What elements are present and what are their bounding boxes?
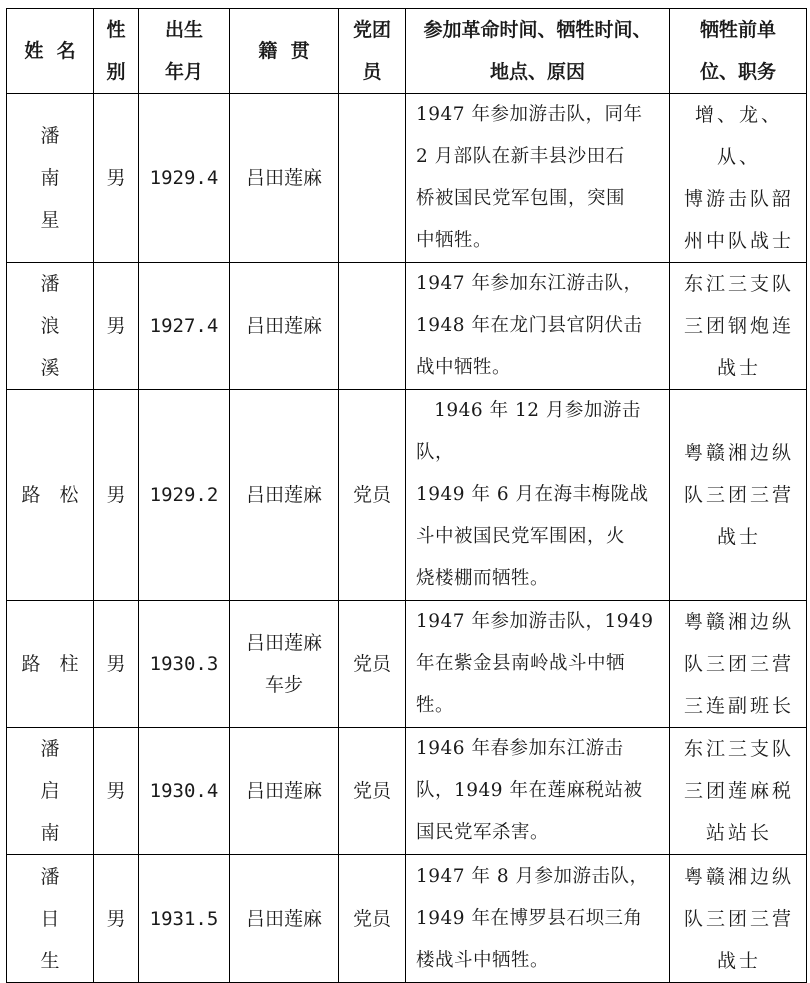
birth-value: 1930.4 — [150, 780, 219, 802]
cell-description: 1947 年参加东江游击队，1948 年在龙门县官阴伏击战中牺牲。 — [406, 263, 670, 390]
cell-birth: 1929.2 — [139, 390, 230, 601]
header-row: 姓 名 性别 出生年月 籍 贯 党团员 参加革命时间、牺牲时间、 地点、原因 牺… — [7, 9, 807, 94]
cell-sex: 男 — [94, 263, 139, 390]
description-line: 1948 年在龙门县官阴伏击 — [416, 305, 659, 347]
name-line: 生 — [7, 940, 93, 982]
birth-value: 1927.4 — [150, 315, 219, 337]
unit-line: 博游击队韶 — [680, 178, 798, 220]
cell-description: 1947 年 8 月参加游击队，1949 年在博罗县石坝三角楼战斗中牺牲。 — [406, 855, 670, 983]
name-line: 潘 — [7, 263, 93, 305]
cell-origin: 吕田莲麻 — [230, 94, 339, 263]
sex-value: 男 — [106, 780, 125, 802]
header-name: 姓 名 — [7, 9, 94, 94]
party-value: 党员 — [353, 653, 391, 675]
name-line: 南 — [7, 157, 93, 199]
unit-line: 粤赣湘边纵 — [680, 601, 798, 643]
name-line: 浪 — [7, 305, 93, 347]
birth-value: 1931.5 — [150, 908, 219, 930]
unit-line: 东江三支队 — [680, 263, 798, 305]
header-birth-label: 出生年月 — [163, 9, 205, 93]
cell-birth: 1931.5 — [139, 855, 230, 983]
cell-unit: 粤赣湘边纵队三团三营战士 — [670, 855, 807, 983]
header-description: 参加革命时间、牺牲时间、 地点、原因 — [406, 9, 670, 94]
cell-sex: 男 — [94, 855, 139, 983]
cell-sex: 男 — [94, 728, 139, 855]
header-party: 党团员 — [339, 9, 406, 94]
cell-birth: 1930.3 — [139, 601, 230, 728]
cell-origin: 吕田莲麻车步 — [230, 601, 339, 728]
description-line: 桥被国民党军包围，突围 — [416, 178, 659, 220]
header-description-line1: 参加革命时间、牺牲时间、 — [410, 9, 665, 51]
sex-value: 男 — [106, 653, 125, 675]
origin-line: 吕田莲麻 — [230, 157, 338, 199]
description-line: 2 月部队在新丰县沙田石 — [416, 136, 659, 178]
description-line: 1947 年参加游击队，同年 — [416, 94, 659, 136]
description-line: 烧楼棚而牺牲。 — [416, 558, 659, 600]
unit-line: 队三团三营 — [680, 643, 798, 685]
description-line: 国民党军杀害。 — [416, 812, 659, 854]
cell-origin: 吕田莲麻 — [230, 390, 339, 601]
description-line: 牲。 — [416, 685, 659, 727]
birth-value: 1929.4 — [150, 167, 219, 189]
name-line: 溪 — [7, 347, 93, 389]
cell-sex: 男 — [94, 601, 139, 728]
name-line: 潘 — [7, 115, 93, 157]
header-unit-line1: 牺牲前单 — [674, 9, 802, 51]
description-line: 楼战斗中牺牲。 — [416, 940, 659, 982]
unit-line: 队三团三营 — [680, 474, 798, 516]
cell-birth: 1929.4 — [139, 94, 230, 263]
table-row: 路 松 男 1929.2 吕田莲麻 党员 1946 年 12 月参加游击队，19… — [7, 390, 807, 601]
unit-line: 队三团三营 — [680, 898, 798, 940]
cell-origin: 吕田莲麻 — [230, 855, 339, 983]
cell-name: 潘日生 — [7, 855, 94, 983]
unit-line: 三团钢炮连 — [680, 305, 798, 347]
description-line: 年在紫金县南岭战斗中牺 — [416, 643, 659, 685]
cell-party: 党员 — [339, 601, 406, 728]
cell-party: 党员 — [339, 855, 406, 983]
cell-description: 1947 年参加游击队，1949年在紫金县南岭战斗中牺牲。 — [406, 601, 670, 728]
header-birth: 出生年月 — [139, 9, 230, 94]
table-row: 潘日生 男 1931.5 吕田莲麻 党员 1947 年 8 月参加游击队，194… — [7, 855, 807, 983]
origin-line: 吕田莲麻 — [230, 305, 338, 347]
description-line: 中牺牲。 — [416, 220, 659, 262]
sex-value: 男 — [106, 908, 125, 930]
party-value: 党员 — [353, 908, 391, 930]
header-unit: 牺牲前单 位、职务 — [670, 9, 807, 94]
header-sex-label: 性别 — [105, 9, 128, 93]
origin-line: 吕田莲麻 — [230, 474, 338, 516]
unit-line: 三团莲麻税 — [680, 770, 798, 812]
unit-line: 州中队战士 — [680, 220, 798, 262]
header-sex: 性别 — [94, 9, 139, 94]
cell-party: 党员 — [339, 390, 406, 601]
cell-description: 1946 年 12 月参加游击队，1949 年 6 月在海丰梅陇战斗中被国民党军… — [406, 390, 670, 601]
birth-value: 1930.3 — [150, 653, 219, 675]
martyrs-roster-table: 姓 名 性别 出生年月 籍 贯 党团员 参加革命时间、牺牲时间、 地点、原因 牺… — [6, 8, 807, 983]
origin-line: 吕田莲麻 — [230, 898, 338, 940]
cell-name: 路 松 — [7, 390, 94, 601]
unit-line: 粤赣湘边纵 — [680, 432, 798, 474]
sex-value: 男 — [106, 315, 125, 337]
unit-line: 粤赣湘边纵 — [680, 856, 798, 898]
cell-unit: 粤赣湘边纵队三团三营战士 — [670, 390, 807, 601]
cell-name: 潘浪溪 — [7, 263, 94, 390]
description-line: 1949 年在博罗县石坝三角 — [416, 898, 659, 940]
unit-line: 站站长 — [680, 812, 798, 854]
sex-value: 男 — [106, 484, 125, 506]
cell-name: 潘启南 — [7, 728, 94, 855]
description-line: 斗中被国民党军围困，火 — [416, 516, 659, 558]
cell-description: 1946 年春参加东江游击队，1949 年在莲麻税站被国民党军杀害。 — [406, 728, 670, 855]
cell-name: 路 柱 — [7, 601, 94, 728]
unit-line: 战士 — [680, 940, 798, 982]
cell-unit: 东江三支队三团钢炮连战士 — [670, 263, 807, 390]
description-line: 1946 年春参加东江游击 — [416, 728, 659, 770]
description-line: 战中牺牲。 — [416, 347, 659, 389]
unit-line: 增、龙、从、 — [680, 94, 798, 178]
cell-sex: 男 — [94, 390, 139, 601]
cell-party — [339, 263, 406, 390]
party-value: 党员 — [353, 484, 391, 506]
cell-birth: 1930.4 — [139, 728, 230, 855]
cell-sex: 男 — [94, 94, 139, 263]
table-row: 潘浪溪 男 1927.4 吕田莲麻 1947 年参加东江游击队，1948 年在龙… — [7, 263, 807, 390]
cell-origin: 吕田莲麻 — [230, 263, 339, 390]
unit-line: 战士 — [680, 516, 798, 558]
cell-unit: 东江三支队三团莲麻税站站长 — [670, 728, 807, 855]
name-line: 潘 — [7, 856, 93, 898]
description-line: 1947 年参加游击队，1949 — [416, 601, 659, 643]
header-description-line2: 地点、原因 — [410, 51, 665, 93]
unit-line: 三连副班长 — [680, 685, 798, 727]
name-line: 日 — [7, 898, 93, 940]
description-line: 1949 年 6 月在海丰梅陇战 — [416, 474, 659, 516]
header-party-label: 党团员 — [351, 9, 393, 93]
name-line: 启 — [7, 770, 93, 812]
origin-line: 吕田莲麻 — [230, 770, 338, 812]
birth-value: 1929.2 — [150, 484, 219, 506]
header-origin: 籍 贯 — [230, 9, 339, 94]
description-line: 1946 年 12 月参加游击队， — [416, 390, 659, 474]
name-line: 星 — [7, 199, 93, 241]
cell-birth: 1927.4 — [139, 263, 230, 390]
unit-line: 战士 — [680, 347, 798, 389]
name-line: 潘 — [7, 728, 93, 770]
roster-body: 潘南星 男 1929.4 吕田莲麻 1947 年参加游击队，同年2 月部队在新丰… — [7, 94, 807, 983]
cell-unit: 粤赣湘边纵队三团三营三连副班长 — [670, 601, 807, 728]
sex-value: 男 — [106, 167, 125, 189]
table-row: 路 柱 男 1930.3 吕田莲麻车步 党员 1947 年参加游击队，1949年… — [7, 601, 807, 728]
description-line: 队，1949 年在莲麻税站被 — [416, 770, 659, 812]
cell-party: 党员 — [339, 728, 406, 855]
table-row: 潘启南 男 1930.4 吕田莲麻 党员 1946 年春参加东江游击队，1949… — [7, 728, 807, 855]
cell-description: 1947 年参加游击队，同年2 月部队在新丰县沙田石桥被国民党军包围，突围中牺牲… — [406, 94, 670, 263]
header-unit-line2: 位、职务 — [674, 51, 802, 93]
name-line: 南 — [7, 812, 93, 854]
description-line: 1947 年 8 月参加游击队， — [416, 856, 659, 898]
party-value: 党员 — [353, 780, 391, 802]
cell-party — [339, 94, 406, 263]
name-line: 路 松 — [7, 474, 93, 516]
description-line: 1947 年参加东江游击队， — [416, 263, 659, 305]
cell-origin: 吕田莲麻 — [230, 728, 339, 855]
unit-line: 东江三支队 — [680, 728, 798, 770]
table-row: 潘南星 男 1929.4 吕田莲麻 1947 年参加游击队，同年2 月部队在新丰… — [7, 94, 807, 263]
cell-unit: 增、龙、从、博游击队韶州中队战士 — [670, 94, 807, 263]
cell-name: 潘南星 — [7, 94, 94, 263]
origin-line: 车步 — [230, 664, 338, 706]
name-line: 路 柱 — [7, 643, 93, 685]
origin-line: 吕田莲麻 — [230, 622, 338, 664]
